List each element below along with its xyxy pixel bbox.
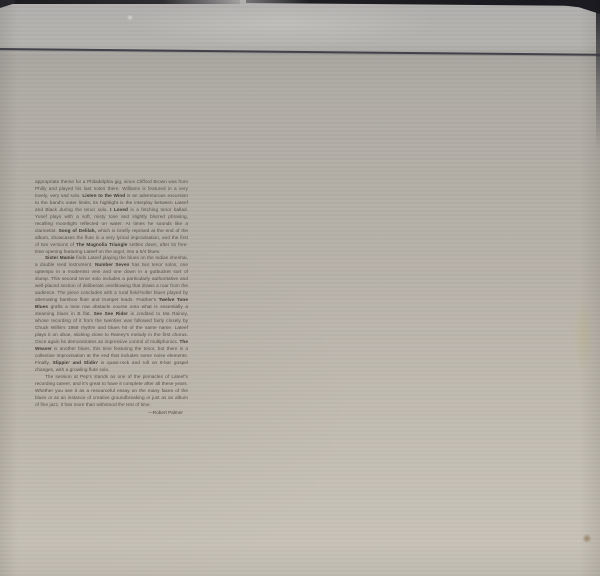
album-back-cover: appropriate theme for a Philadelphia gig… (0, 0, 600, 576)
right-edge-shadow (596, 0, 600, 150)
song-title-bold: The Magnolia Triangle (76, 242, 127, 247)
song-title-bold: Sister Mamie (45, 255, 75, 260)
top-edge-shadow-left (0, 0, 240, 4)
white-speck-mark (126, 15, 134, 20)
top-left-corner-shadow (0, 0, 15, 8)
song-title-bold: Slippin' and Slidin' (53, 360, 98, 365)
song-title-bold: Song of Delilah, (59, 228, 96, 233)
song-title-bold: Number Seven (95, 262, 129, 267)
top-right-corner-shadow (550, 0, 600, 14)
yellow-stain-mark (572, 296, 594, 376)
top-edge-shadow-right (246, 0, 600, 6)
liner-notes-paragraph: appropriate theme for a Philadelphia gig… (35, 179, 188, 255)
liner-notes-paragraph: The session at Pep's stands as one of th… (35, 374, 188, 409)
song-title-bold: Listen to the Wind (82, 193, 125, 198)
brown-stain-mark (582, 534, 592, 543)
cover-seam-line (0, 48, 600, 55)
song-title-bold: I Loved (110, 207, 128, 212)
liner-notes-signature: —Robert Palmer (35, 409, 188, 416)
liner-notes-text: The session at Pep's stands as one of th… (35, 374, 188, 407)
liner-notes-column: appropriate theme for a Philadelphia gig… (35, 179, 188, 416)
liner-notes-paragraph: Sister Mamie finds Lateef playing the bl… (35, 255, 188, 373)
song-title-bold: See See Rider (94, 311, 128, 316)
